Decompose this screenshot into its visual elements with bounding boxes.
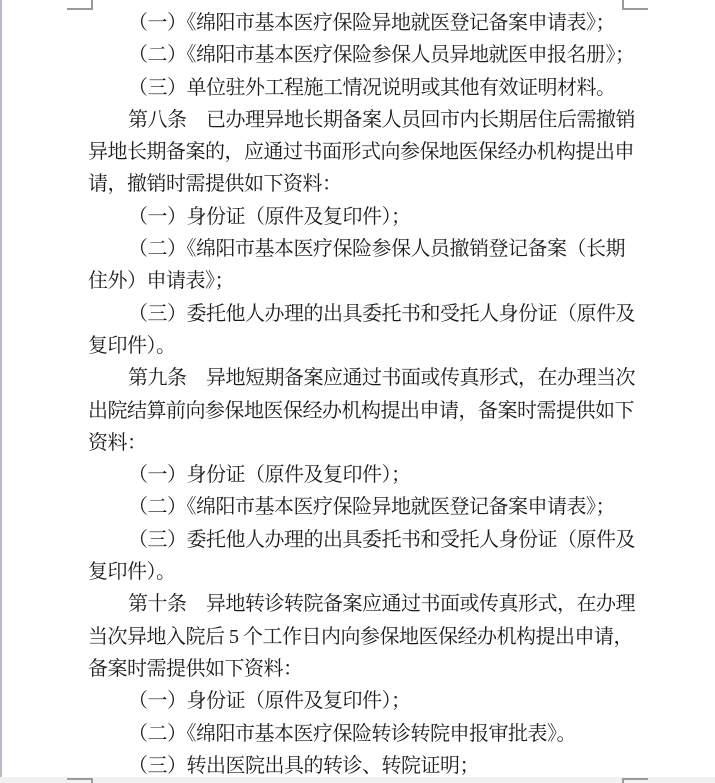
doc-line: （二）《绵阳市基本医疗保险参保人员异地就医申报名册》； — [88, 39, 633, 71]
doc-line: 资料： — [88, 427, 633, 459]
doc-line: （一）身份证（原件及复印件）； — [88, 459, 633, 491]
doc-line: （二）《绵阳市基本医疗保险参保人员撤销登记备案（长期 — [88, 233, 633, 265]
doc-line: 当次异地入院后 5 个工作日内向参保地医保经办机构提出申请， — [88, 621, 633, 653]
doc-line: （一）身份证（原件及复印件）； — [88, 685, 633, 717]
doc-line: （三）委托他人办理的出具委托书和受托人身份证（原件及 — [88, 524, 633, 556]
crop-mark-bottom-left-v — [91, 778, 93, 783]
page-bottom-strip — [0, 777, 715, 783]
doc-line: 出院结算前向参保地医保经办机构提出申请，备案时需提供如下 — [88, 395, 633, 427]
doc-line: 异地长期备案的，应通过书面形式向参保地医保经办机构提出申 — [88, 136, 633, 168]
document-page: （一）《绵阳市基本医疗保险异地就医登记备案申请表》； （二）《绵阳市基本医疗保险… — [0, 0, 715, 783]
doc-line: 备案时需提供如下资料： — [88, 653, 633, 685]
doc-line: （三）委托他人办理的出具委托书和受托人身份证（原件及 — [88, 298, 633, 330]
doc-line: 住外）申请表》； — [88, 265, 633, 297]
doc-line: 请，撤销时需提供如下资料： — [88, 168, 633, 200]
doc-line: 第十条 异地转诊转院备案应通过书面或传真形式，在办理 — [88, 588, 633, 620]
doc-line: （一）《绵阳市基本医疗保险异地就医登记备案申请表》； — [88, 7, 633, 39]
doc-line: 第八条 已办理异地长期备案人员回市内长期居住后需撤销 — [88, 104, 633, 136]
doc-line: 复印件）。 — [88, 330, 633, 362]
document-text-area: （一）《绵阳市基本医疗保险异地就医登记备案申请表》； （二）《绵阳市基本医疗保险… — [88, 7, 633, 782]
page-left-edge-line — [0, 0, 2, 783]
crop-mark-bottom-right-h — [622, 778, 648, 780]
crop-mark-bottom-right-v — [622, 778, 624, 783]
doc-line: （二）《绵阳市基本医疗保险异地就医登记备案申请表》； — [88, 491, 633, 523]
doc-line: （一）身份证（原件及复印件）； — [88, 201, 633, 233]
doc-line: （三）单位驻外工程施工情况说明或其他有效证明材料。 — [88, 72, 633, 104]
doc-line: 复印件）。 — [88, 556, 633, 588]
doc-line: 第九条 异地短期备案应通过书面或传真形式，在办理当次 — [88, 362, 633, 394]
crop-mark-bottom-left-h — [67, 778, 93, 780]
doc-line: （二）《绵阳市基本医疗保险转诊转院申报审批表》。 — [88, 718, 633, 750]
